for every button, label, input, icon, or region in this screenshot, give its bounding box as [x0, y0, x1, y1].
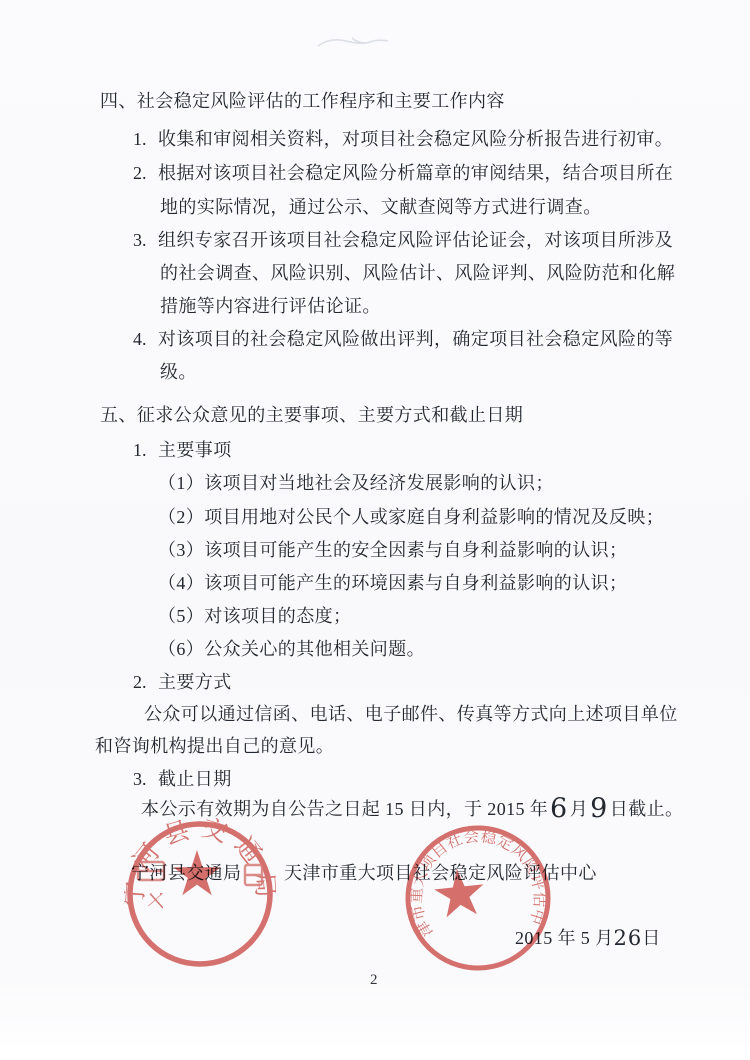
- sub-item: （1）该项目对当地社会及经济发展影响的认识；: [158, 470, 554, 496]
- item-text: 组织专家召开该项目社会稳定风险评估论证会，对该项目所涉及: [158, 230, 673, 250]
- item-text-continued: 措施等内容进行评估论证。: [160, 293, 381, 319]
- item-title: 主要方式: [158, 672, 232, 692]
- sub-item: （6）公众关心的其他相关问题。: [158, 636, 425, 662]
- list-item: 2.根据对该项目社会稳定风险分析篇章的审阅结果，结合项目所在: [133, 160, 673, 186]
- right-official-seal: 天津市重大项目社会稳定风险评估中心: [394, 814, 561, 981]
- handwritten-date-day: 26: [614, 929, 643, 947]
- list-item: 3.截止日期: [133, 766, 232, 792]
- item-number: 1.: [133, 437, 158, 463]
- scanned-document-page: 四、社会稳定风险评估的工作程序和主要工作内容 1.收集和审阅相关资料，对项目社会…: [0, 0, 750, 1060]
- page-number: 2: [370, 972, 378, 989]
- sub-item: （2）项目用地对公民个人或家庭自身利益影响的情况及反映；: [158, 504, 664, 530]
- item-text-continued: 级。: [160, 359, 197, 385]
- sub-item: （4）该项目可能产生的环境因素与自身利益影响的认识；: [158, 570, 627, 596]
- seal-star-icon: [432, 866, 486, 918]
- item-text: 根据对该项目社会稳定风险分析篇章的审阅结果，结合项目所在: [158, 163, 673, 183]
- list-item: 2.主要方式: [133, 669, 232, 695]
- item-number: 3.: [133, 766, 158, 792]
- item-text-continued: 地的实际情况，通过公示、文献查阅等方式进行调查。: [160, 194, 602, 220]
- sub-item: （3）该项目可能产生的安全因素与自身利益影响的认识；: [158, 537, 627, 563]
- handwritten-day: 9: [588, 800, 610, 819]
- item-number: 1.: [133, 126, 158, 152]
- sub-item: （5）对该项目的态度；: [158, 603, 351, 629]
- item-title: 主要事项: [158, 440, 232, 460]
- scan-edge: [0, 1046, 750, 1060]
- handwritten-month: 6: [548, 800, 570, 819]
- list-item: 1.主要事项: [133, 437, 232, 463]
- item-number: 3.: [133, 227, 158, 253]
- list-item: 4.对该项目的社会稳定风险做出评判，确定项目社会稳定风险的等: [133, 326, 673, 352]
- deadline-text: 日截止。: [610, 799, 684, 819]
- item-number: 2.: [133, 669, 158, 695]
- section5-heading: 五、征求公众意见的主要事项、主要方式和截止日期: [100, 402, 523, 428]
- seal-star-icon: [173, 850, 221, 895]
- seal-curved-text: 天津市重大项目社会稳定风险评估中心: [394, 814, 552, 942]
- item-text-continued: 的社会调查、风险识别、风险估计、风险评判、风险防范和化解: [160, 260, 675, 286]
- item-title: 截止日期: [158, 769, 232, 789]
- date-text: 日: [642, 928, 660, 948]
- left-official-seal: 宁河县交通局 十: [124, 818, 276, 970]
- paragraph-line: 公众可以通过信函、电话、电子邮件、传真等方式向上述项目单位: [144, 701, 678, 727]
- item-number: 4.: [133, 326, 158, 352]
- list-item: 1.收集和审阅相关资料，对项目社会稳定风险分析报告进行初审。: [133, 126, 673, 152]
- item-number: 2.: [133, 160, 158, 186]
- deadline-text: 本公示有效期为自公告之日起 15 日内，于 2015 年: [141, 799, 548, 819]
- list-item: 3.组织专家召开该项目社会稳定风险评估论证会，对该项目所涉及: [133, 227, 673, 253]
- section4-heading: 四、社会稳定风险评估的工作程序和主要工作内容: [100, 88, 505, 114]
- item-text: 对该项目的社会稳定风险做出评判，确定项目社会稳定风险的等: [158, 329, 673, 349]
- deadline-text: 月: [570, 799, 588, 819]
- paragraph-line: 和咨询机构提出自己的意见。: [95, 733, 334, 759]
- item-text: 收集和审阅相关资料，对项目社会稳定风险分析报告进行初审。: [158, 129, 673, 149]
- pencil-scribble: [0, 0, 750, 70]
